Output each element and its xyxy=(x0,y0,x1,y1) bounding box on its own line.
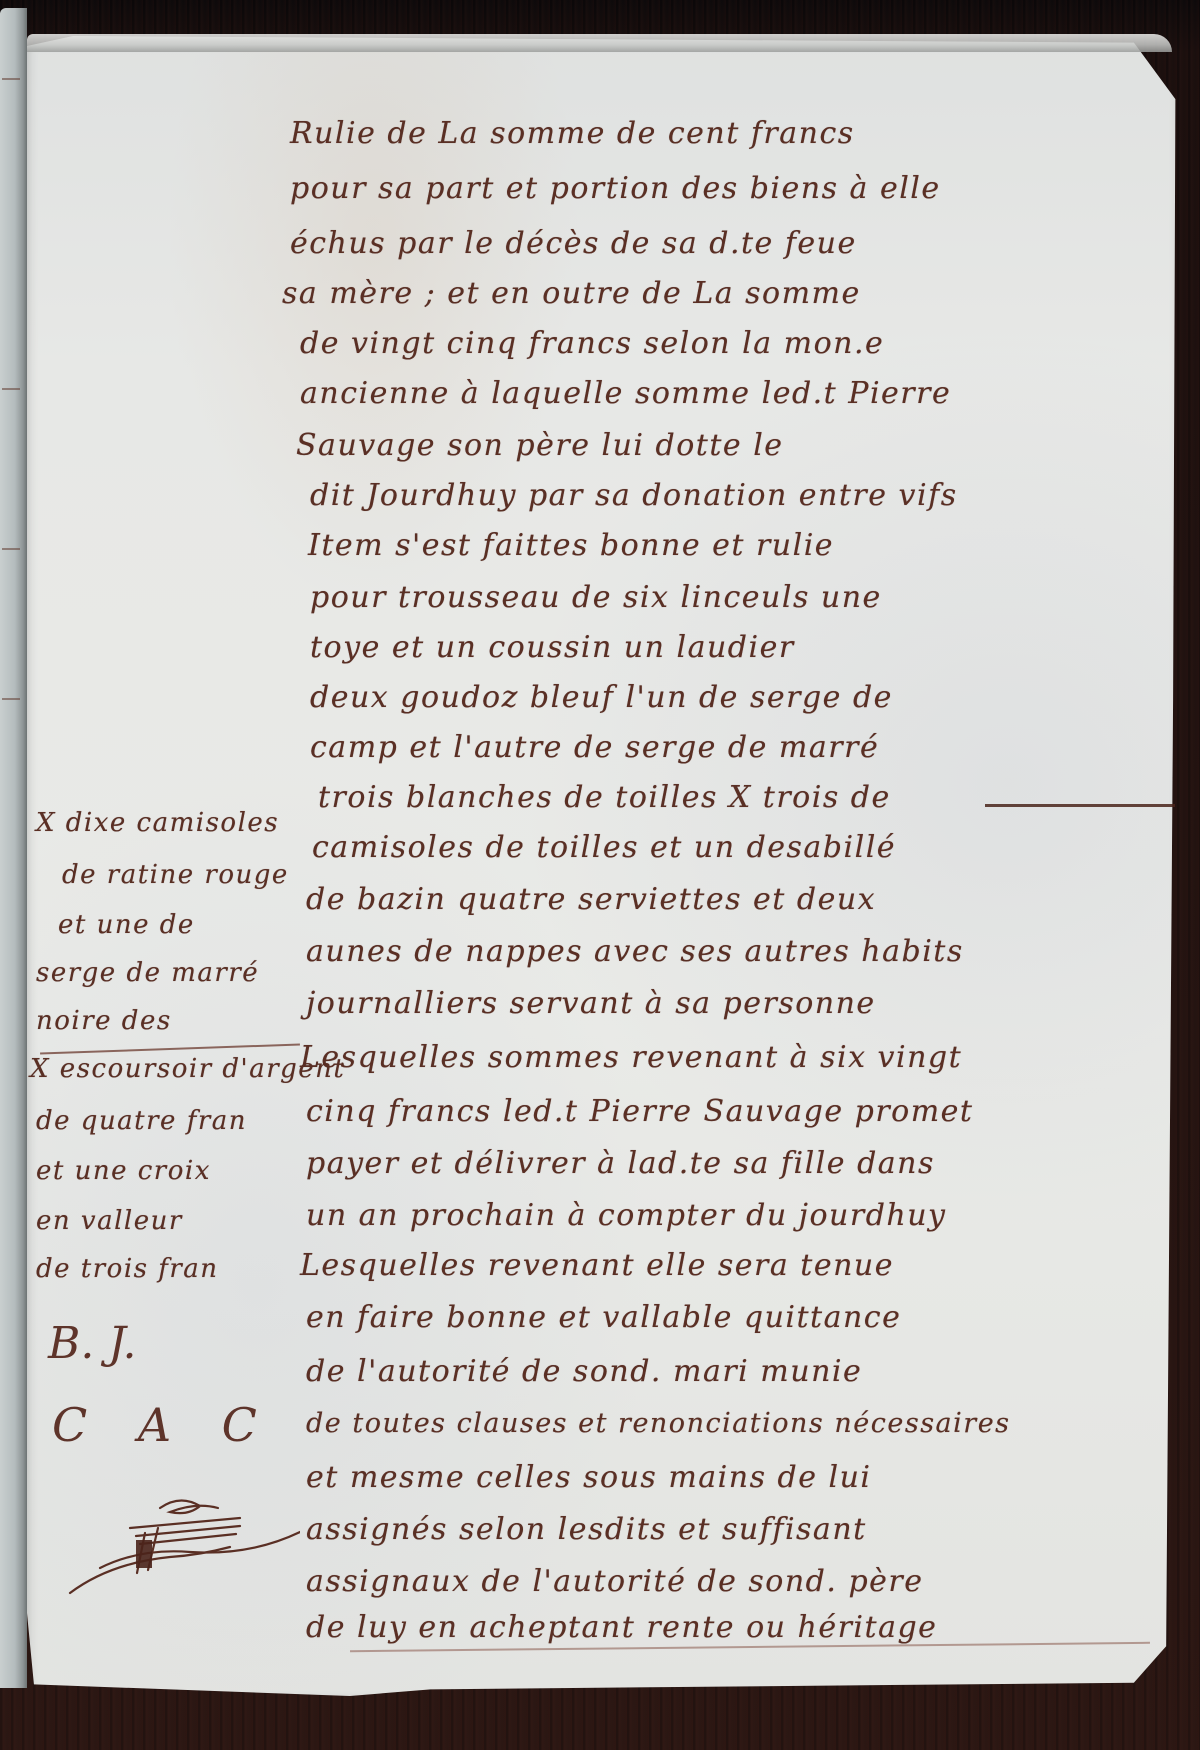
text-line: un an prochain à compter du jourdhuy xyxy=(306,1198,947,1233)
initials-cac: C A C xyxy=(52,1398,275,1452)
signature-flourish-icon xyxy=(40,1488,300,1598)
text-line: dit Jourdhuy par sa donation entre vifs xyxy=(310,478,958,513)
text-line: aunes de nappes avec ses autres habits xyxy=(306,934,964,969)
text-line: Lesquelles sommes revenant à six vingt xyxy=(300,1040,962,1075)
ink-mark xyxy=(2,388,20,390)
margin-line: en valleur xyxy=(36,1206,183,1236)
ink-mark xyxy=(2,78,20,80)
text-line: assignés selon lesdits et suffisant xyxy=(306,1512,867,1547)
text-line: camisoles de toilles et un desabillé xyxy=(312,830,896,865)
margin-line: de quatre fran xyxy=(36,1106,247,1136)
text-line: pour sa part et portion des biens à elle xyxy=(290,171,941,206)
text-line: échus par le décès de sa d.te feue xyxy=(290,226,857,261)
text-line: et mesme celles sous mains de lui xyxy=(306,1460,872,1495)
page-top-fold xyxy=(27,34,1172,52)
ink-mark xyxy=(2,548,20,550)
ink-mark xyxy=(2,698,20,700)
text-line: de vingt cinq francs selon la mon.e xyxy=(300,326,884,361)
text-line: toye et un coussin un laudier xyxy=(310,630,795,665)
text-line: sa mère ; et en outre de La somme xyxy=(282,276,861,311)
text-line: payer et délivrer à lad.te sa fille dans xyxy=(306,1146,935,1181)
text-line: de toutes clauses et renonciations néces… xyxy=(306,1408,1011,1439)
strikethrough-mark xyxy=(985,804,1175,807)
text-line: Rulie de La somme de cent francs xyxy=(290,116,855,151)
text-line: trois blanches de toilles X trois de xyxy=(318,780,891,815)
initials-bj: B. J. xyxy=(48,1318,137,1369)
text-line: pour trousseau de six linceuls une xyxy=(310,580,882,615)
margin-line: et une de xyxy=(58,910,195,940)
margin-line: et une croix xyxy=(36,1156,211,1186)
previous-page-edge: Rulie de La somme de cent francs pour sa… xyxy=(0,8,27,1688)
text-line: journalliers servant à sa personne xyxy=(306,986,876,1021)
margin-line: X escoursoir d'argent xyxy=(30,1054,345,1084)
text-line: de bazin quatre serviettes et deux xyxy=(306,882,876,917)
text-line: en faire bonne et vallable quittance xyxy=(306,1300,901,1335)
margin-line: serge de marré xyxy=(36,958,259,988)
text-line: deux goudoz bleuf l'un de serge de xyxy=(310,680,893,715)
text-line: Item s'est faittes bonne et rulie xyxy=(308,528,834,563)
margin-line: de trois fran xyxy=(36,1254,219,1284)
text-line: cinq francs led.t Pierre Sauvage promet xyxy=(306,1094,973,1129)
text-line: assignaux de l'autorité de sond. père xyxy=(306,1564,924,1599)
margin-line: noire des xyxy=(36,1006,172,1036)
text-line: de l'autorité de sond. mari munie xyxy=(306,1354,862,1389)
text-line: Lesquelles revenant elle sera tenue xyxy=(300,1248,894,1283)
margin-line: X dixe camisoles xyxy=(36,808,279,838)
text-line: Sauvage son père lui dotte le xyxy=(296,428,784,463)
text-line: ancienne à laquelle somme led.t Pierre xyxy=(300,376,951,411)
text-line: camp et l'autre de serge de marré xyxy=(310,730,879,765)
margin-line: de ratine rouge xyxy=(62,860,289,890)
text-line: de luy en acheptant rente ou héritage xyxy=(306,1610,937,1645)
